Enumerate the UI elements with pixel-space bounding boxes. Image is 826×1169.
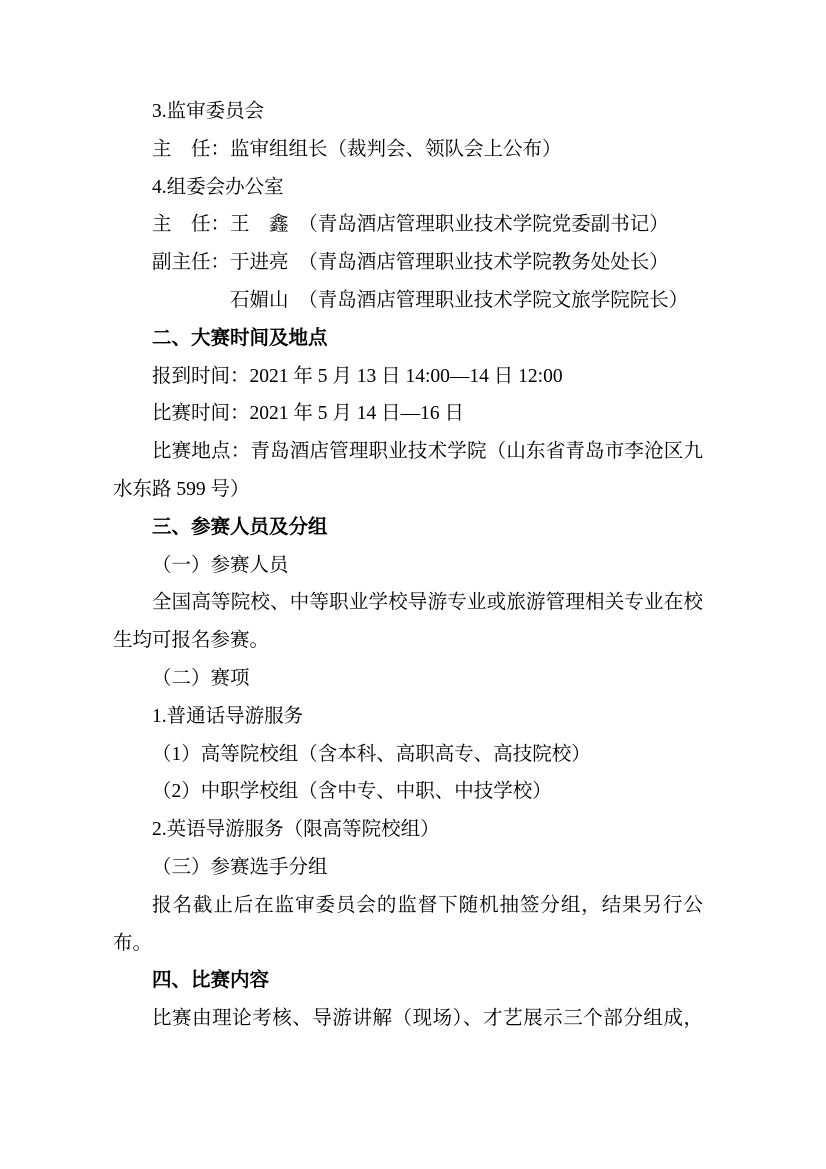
- competition-time-line: 比赛时间：2021 年 5 月 14 日—16 日: [113, 395, 703, 433]
- subsection-events: （二）赛项: [113, 660, 703, 698]
- event-english-guide-service: 2.英语导游服务（限高等院校组）: [113, 811, 703, 849]
- event-mandarin-guide-service: 1.普通话导游服务: [113, 698, 703, 736]
- section-heading-3-participants: 三、参赛人员及分组: [113, 509, 703, 547]
- section-heading-2-time-place: 二、大赛时间及地点: [113, 320, 703, 358]
- document-page: 3.监审委员会 主 任：监审组组长（裁判会、领队会上公布） 4.组委会办公室 主…: [0, 0, 826, 1169]
- content-body-line-1: 比赛由理论考核、导游讲解（现场）、才艺展示三个部分组成，: [113, 1000, 703, 1038]
- subsection-contestant-grouping: （三）参赛选手分组: [113, 849, 703, 887]
- event-group-vocational-school: （2）中职学校组（含中专、中职、中技学校）: [113, 773, 703, 811]
- participants-body-line-1: 全国高等院校、中等职业学校导游专业或旅游管理相关专业在校: [113, 584, 703, 622]
- participants-body-line-2: 生均可报名参赛。: [113, 622, 703, 660]
- event-group-higher-education: （1）高等院校组（含本科、高职高专、高技院校）: [113, 736, 703, 774]
- section-heading-4-content: 四、比赛内容: [113, 962, 703, 1000]
- list-item-organizing-office: 4.组委会办公室: [113, 169, 703, 207]
- role-line-office-deputy-2: 石媚山 （青岛酒店管理职业技术学院文旅学院院长）: [113, 282, 703, 320]
- grouping-body-line-2: 布。: [113, 925, 703, 963]
- registration-time-line: 报到时间：2021 年 5 月 13 日 14:00—14 日 12:00: [113, 358, 703, 396]
- competition-place-line-2: 水东路 599 号）: [113, 471, 703, 509]
- competition-place-line-1: 比赛地点：青岛酒店管理职业技术学院（山东省青岛市李沧区九: [113, 433, 703, 471]
- role-line-supervision-director: 主 任：监审组组长（裁判会、领队会上公布）: [113, 131, 703, 169]
- role-line-office-deputy-1: 副主任：于进亮 （青岛酒店管理职业技术学院教务处处长）: [113, 244, 703, 282]
- role-line-office-director: 主 任：王 鑫 （青岛酒店管理职业技术学院党委副书记）: [113, 206, 703, 244]
- list-item-supervision-committee: 3.监审委员会: [113, 93, 703, 131]
- grouping-body-line-1: 报名截止后在监审委员会的监督下随机抽签分组，结果另行公: [113, 887, 703, 925]
- subsection-participants: （一）参赛人员: [113, 547, 703, 585]
